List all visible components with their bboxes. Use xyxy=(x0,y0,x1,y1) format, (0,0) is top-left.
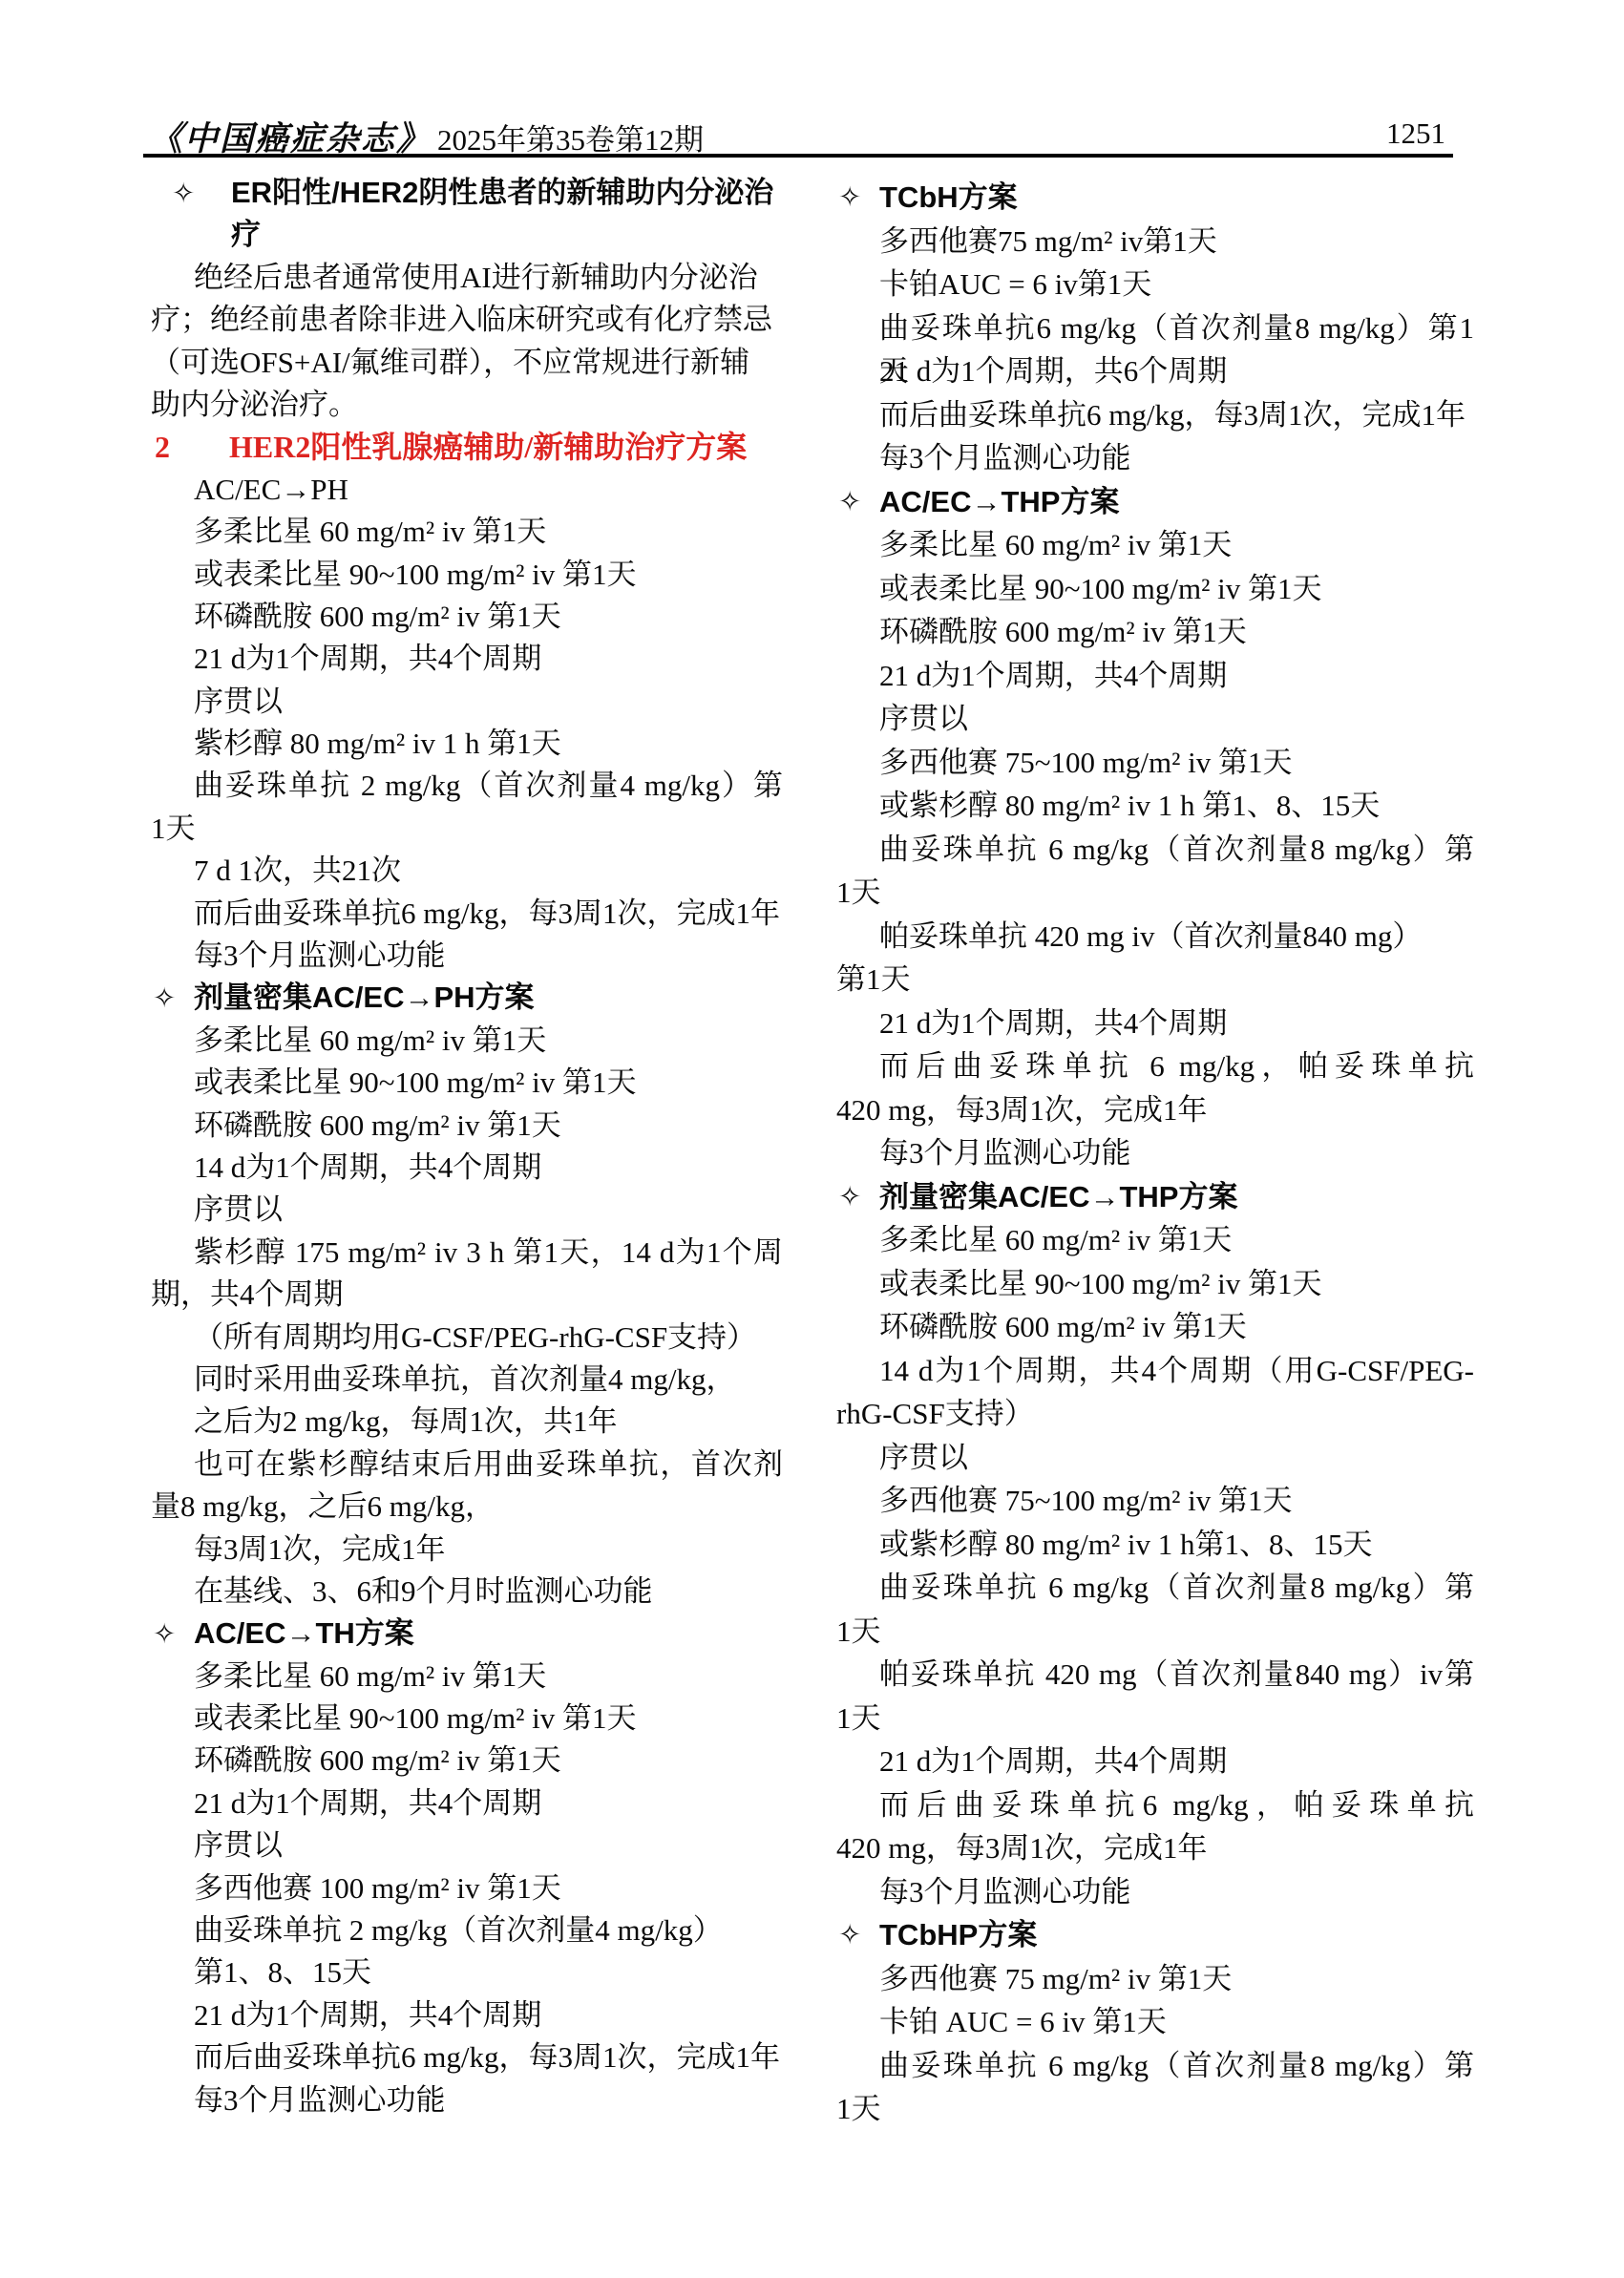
protocol-line: 序贯以 xyxy=(151,1189,783,1231)
protocol-line: 在基线、3、6和9个月时监测心功能 xyxy=(151,1571,783,1613)
line-text: 或表柔比星 90~100 mg/m² iv 第1天 xyxy=(879,1267,1322,1300)
line-text: ER阳性/HER2阴性患者的新辅助内分泌治 xyxy=(231,176,773,209)
scheme-heading: ✧TCbHP方案 xyxy=(836,1913,1474,1957)
line-text: 曲妥珠单抗 6 mg/kg（首次剂量8 mg/kg）第 xyxy=(879,2049,1474,2082)
section-number: 2 xyxy=(151,426,229,468)
protocol-line: 420 mg，每3周1次，完成1年 xyxy=(836,1088,1474,1132)
line-text: 21 d为1个周期，共4个周期 xyxy=(194,642,541,675)
protocol-line: 也可在紫杉醇结束后用曲妥珠单抗，首次剂 xyxy=(151,1444,783,1486)
protocol-line: 或表柔比星 90~100 mg/m² iv 第1天 xyxy=(151,554,783,596)
protocol-line: 序贯以 xyxy=(151,1825,783,1867)
line-text: 420 mg，每3周1次，完成1年 xyxy=(836,1831,1207,1865)
protocol-line: 或紫杉醇 80 mg/m² iv 1 h 第1、8、15天 xyxy=(836,784,1474,828)
line-text: 多柔比星 60 mg/m² iv 第1天 xyxy=(879,1223,1232,1256)
protocol-line: 环磷酰胺 600 mg/m² iv 第1天 xyxy=(836,1305,1474,1349)
protocol-line: 环磷酰胺 600 mg/m² iv 第1天 xyxy=(151,1105,783,1147)
protocol-line: 而后曲妥珠单抗6 mg/kg，每3周1次，完成1年 xyxy=(836,393,1474,437)
line-text: 21 d为1个周期，共4个周期 xyxy=(194,1786,541,1820)
line-text: 序贯以 xyxy=(194,685,283,718)
protocol-line: 之后为2 mg/kg，每周1次，共1年 xyxy=(151,1401,783,1443)
line-text: 第1、8、15天 xyxy=(194,1955,371,1989)
line-text: 之后为2 mg/kg，每周1次，共1年 xyxy=(194,1404,617,1438)
diamond-bullet-icon: ✧ xyxy=(838,1175,861,1219)
line-text: 420 mg，每3周1次，完成1年 xyxy=(836,1093,1207,1127)
scheme-heading-wrap: 疗 xyxy=(151,214,783,256)
line-text: 1天 xyxy=(836,2092,881,2125)
line-text: 序贯以 xyxy=(879,702,968,735)
line-text: 剂量密集AC/EC→THP方案 xyxy=(879,1180,1237,1213)
line-text: 21 d为1个周期，共4个周期 xyxy=(194,1998,541,2032)
line-text: 21 d为1个周期，共4个周期 xyxy=(879,1744,1227,1778)
line-text: 多西他赛 75~100 mg/m² iv 第1天 xyxy=(879,746,1293,779)
protocol-line: 曲妥珠单抗 6 mg/kg（首次剂量8 mg/kg）第 xyxy=(836,828,1474,872)
protocol-line: 每3个月监测心功能 xyxy=(151,935,783,977)
protocol-line: 环磷酰胺 600 mg/m² iv 第1天 xyxy=(836,610,1474,654)
protocol-line: 多柔比星 60 mg/m² iv 第1天 xyxy=(151,511,783,553)
protocol-line: 每3个月监测心功能 xyxy=(836,1870,1474,1914)
line-text: 卡铂AUC = 6 iv第1天 xyxy=(879,267,1151,301)
protocol-line: 每3周1次，完成1年 xyxy=(151,1529,783,1571)
line-text: 而后曲妥珠单抗6 mg/kg，每3周1次，完成1年 xyxy=(194,2040,780,2074)
protocol-line: 420 mg，每3周1次，完成1年 xyxy=(836,1826,1474,1870)
diamond-bullet-icon: ✧ xyxy=(153,1613,176,1655)
protocol-line: （所有周期均用G-CSF/PEG-rhG-CSF支持） xyxy=(151,1317,783,1359)
header-rule xyxy=(143,154,1453,158)
line-text: 或表柔比星 90~100 mg/m² iv 第1天 xyxy=(194,1701,637,1735)
line-text: 环磷酰胺 600 mg/m² iv 第1天 xyxy=(194,1743,561,1777)
line-text: 而后曲妥珠单抗6 mg/kg，每3周1次，完成1年 xyxy=(194,896,780,930)
line-text: 多柔比星 60 mg/m² iv 第1天 xyxy=(194,1659,546,1693)
line-text: 多西他赛 100 mg/m² iv 第1天 xyxy=(194,1871,561,1905)
line-text: 多西他赛 75 mg/m² iv 第1天 xyxy=(879,1962,1232,1995)
line-text: （可选OFS+AI/氟维司群），不应常规进行新辅 xyxy=(151,346,749,379)
protocol-line: 每3个月监测心功能 xyxy=(836,1131,1474,1175)
line-text: 21 d为1个周期，共6个周期 xyxy=(879,354,1227,388)
line-text: 曲妥珠单抗 6 mg/kg（首次剂量8 mg/kg）第 xyxy=(879,1571,1474,1604)
protocol-line: 1天 xyxy=(836,1697,1474,1740)
diamond-bullet-icon: ✧ xyxy=(172,172,195,214)
line-text: 或表柔比星 90~100 mg/m² iv 第1天 xyxy=(194,1065,637,1099)
line-text: 同时采用曲妥珠单抗，首次剂量4 mg/kg， xyxy=(194,1362,735,1396)
protocol-line: 曲妥珠单抗6 mg/kg（首次剂量8 mg/kg）第1天 xyxy=(836,306,1474,350)
line-text: 多柔比星 60 mg/m² iv 第1天 xyxy=(194,1023,546,1057)
protocol-line: 环磷酰胺 600 mg/m² iv 第1天 xyxy=(151,1740,783,1782)
line-text: 或紫杉醇 80 mg/m² iv 1 h第1、8、15天 xyxy=(879,1528,1373,1561)
protocol-line: 序贯以 xyxy=(836,697,1474,741)
protocol-line: 曲妥珠单抗 6 mg/kg（首次剂量8 mg/kg）第 xyxy=(836,1566,1474,1610)
line-text: 7 d 1次，共21次 xyxy=(194,854,401,887)
line-text: TCbHP方案 xyxy=(879,1918,1037,1951)
protocol-line: 多柔比星 60 mg/m² iv 第1天 xyxy=(836,523,1474,567)
line-text: 紫杉醇 175 mg/m² iv 3 h 第1天，14 d为1个周 xyxy=(194,1235,783,1269)
line-text: 环磷酰胺 600 mg/m² iv 第1天 xyxy=(194,1108,561,1142)
protocol-line: rhG-CSF支持） xyxy=(836,1392,1474,1436)
line-text: 1天 xyxy=(836,1701,881,1735)
line-text: rhG-CSF支持） xyxy=(836,1397,1034,1430)
line-text: 也可在紫杉醇结束后用曲妥珠单抗，首次剂 xyxy=(194,1447,783,1481)
right-column: ✧TCbH方案多西他赛75 mg/m² iv第1天卡铂AUC = 6 iv第1天… xyxy=(836,176,1474,2131)
diamond-bullet-icon: ✧ xyxy=(838,1913,861,1957)
protocol-line: 而后曲妥珠单抗6 mg/kg，每3周1次，完成1年 xyxy=(151,2036,783,2078)
protocol-line: 或表柔比星 90~100 mg/m² iv 第1天 xyxy=(836,1262,1474,1306)
line-text: HER2阳性乳腺癌辅助/新辅助治疗方案 xyxy=(229,430,747,464)
line-text: 或表柔比星 90~100 mg/m² iv 第1天 xyxy=(194,558,637,591)
protocol-line: 多西他赛75 mg/m² iv第1天 xyxy=(836,220,1474,264)
protocol-line: 或表柔比星 90~100 mg/m² iv 第1天 xyxy=(836,567,1474,611)
page-number: 1251 xyxy=(1386,116,1445,151)
line-text: 序贯以 xyxy=(194,1828,283,1862)
line-text: 或紫杉醇 80 mg/m² iv 1 h 第1、8、15天 xyxy=(879,789,1380,822)
protocol-line: 曲妥珠单抗 2 mg/kg（首次剂量4 mg/kg）第 xyxy=(151,765,783,807)
scheme-heading: ✧AC/EC→THP方案 xyxy=(836,480,1474,524)
line-text: 环磷酰胺 600 mg/m² iv 第1天 xyxy=(879,615,1247,648)
line-text: 帕妥珠单抗 420 mg iv（首次剂量840 mg） xyxy=(879,919,1422,953)
line-text: 期，共4个周期 xyxy=(151,1277,344,1311)
line-text: AC/EC→TH方案 xyxy=(194,1616,414,1650)
protocol-line: 曲妥珠单抗 6 mg/kg（首次剂量8 mg/kg）第 xyxy=(836,2044,1474,2088)
scheme-heading: ✧TCbH方案 xyxy=(836,176,1474,220)
line-text: 每3个月监测心功能 xyxy=(879,1875,1131,1909)
scheme-heading: ✧AC/EC→TH方案 xyxy=(151,1613,783,1655)
line-text: 而后曲妥珠单抗6 mg/kg，帕妥珠单抗 xyxy=(879,1788,1474,1822)
protocol-line: 1天 xyxy=(836,1610,1474,1654)
line-text: 助内分泌治疗。 xyxy=(151,388,358,421)
protocol-line: 21 d为1个周期，共6个周期 xyxy=(836,349,1474,393)
protocol-line: 1天 xyxy=(151,808,783,850)
journal-title: 《中国癌症杂志》 xyxy=(149,120,432,158)
protocol-line: 第1、8、15天 xyxy=(151,1951,783,1993)
protocol-line: 14 d为1个周期，共4个周期 xyxy=(151,1147,783,1189)
issue-info: 2025年第35卷第12期 xyxy=(437,123,704,157)
scheme-heading: ✧ER阳性/HER2阴性患者的新辅助内分泌治 xyxy=(151,172,783,214)
line-text: 序贯以 xyxy=(879,1441,968,1474)
protocol-line: 期，共4个周期 xyxy=(151,1274,783,1316)
protocol-line: 多柔比星 60 mg/m² iv 第1天 xyxy=(836,1218,1474,1262)
line-text: 多柔比星 60 mg/m² iv 第1天 xyxy=(879,528,1232,561)
protocol-line: 每3个月监测心功能 xyxy=(151,2079,783,2121)
protocol-line: 7 d 1次，共21次 xyxy=(151,850,783,892)
protocol-line: 或表柔比星 90~100 mg/m² iv 第1天 xyxy=(151,1062,783,1104)
line-text: 而后曲妥珠单抗6 mg/kg，每3周1次，完成1年 xyxy=(879,398,1466,432)
protocol-line: 卡铂AUC = 6 iv第1天 xyxy=(836,263,1474,306)
section-heading: 2HER2阳性乳腺癌辅助/新辅助治疗方案 xyxy=(151,426,783,468)
line-text: 紫杉醇 80 mg/m² iv 1 h 第1天 xyxy=(194,727,561,760)
protocol-line: 卡铂 AUC = 6 iv 第1天 xyxy=(836,2000,1474,2044)
protocol-line: 21 d为1个周期，共4个周期 xyxy=(151,1994,783,2036)
left-column: ✧ER阳性/HER2阴性患者的新辅助内分泌治疗绝经后患者通常使用AI进行新辅助内… xyxy=(151,172,783,2121)
protocol-line: 序贯以 xyxy=(836,1436,1474,1480)
journal-page: 《中国癌症杂志》2025年第35卷第12期 1251 ✧ER阳性/HER2阴性患… xyxy=(0,0,1624,2278)
protocol-line: 多柔比星 60 mg/m² iv 第1天 xyxy=(151,1020,783,1062)
line-text: 每3个月监测心功能 xyxy=(879,1136,1131,1170)
protocol-line: 21 d为1个周期，共4个周期 xyxy=(151,1782,783,1825)
protocol-line: 多柔比星 60 mg/m² iv 第1天 xyxy=(151,1656,783,1698)
protocol-line: 环磷酰胺 600 mg/m² iv 第1天 xyxy=(151,596,783,638)
line-text: 21 d为1个周期，共4个周期 xyxy=(879,1006,1227,1040)
protocol-line: 或紫杉醇 80 mg/m² iv 1 h第1、8、15天 xyxy=(836,1523,1474,1567)
line-text: AC/EC→THP方案 xyxy=(879,485,1119,518)
line-text: 每3个月监测心功能 xyxy=(194,2083,446,2117)
line-text: 曲妥珠单抗 2 mg/kg（首次剂量4 mg/kg） xyxy=(194,1913,723,1947)
protocol-line: 紫杉醇 175 mg/m² iv 3 h 第1天，14 d为1个周 xyxy=(151,1232,783,1274)
protocol-line: 序贯以 xyxy=(151,681,783,723)
protocol-line: 疗；绝经前患者除非进入临床研究或有化疗禁忌 xyxy=(151,299,783,341)
line-text: 1天 xyxy=(836,1614,881,1648)
line-text: 多柔比星 60 mg/m² iv 第1天 xyxy=(194,515,546,548)
protocol-line: 21 d为1个周期，共4个周期 xyxy=(836,1002,1474,1045)
protocol-line: 而后曲妥珠单抗6 mg/kg，帕妥珠单抗 xyxy=(836,1783,1474,1827)
line-text: 曲妥珠单抗 6 mg/kg（首次剂量8 mg/kg）第 xyxy=(879,833,1474,866)
protocol-line: 帕妥珠单抗 420 mg（首次剂量840 mg）iv第 xyxy=(836,1653,1474,1697)
line-text: 14 d为1个周期，共4个周期 xyxy=(194,1150,541,1184)
line-text: 卡铂 AUC = 6 iv 第1天 xyxy=(879,2005,1167,2038)
protocol-line: 帕妥珠单抗 420 mg iv（首次剂量840 mg） xyxy=(836,915,1474,959)
line-text: TCbH方案 xyxy=(879,180,1018,214)
line-text: 1天 xyxy=(836,875,881,909)
line-text: 21 d为1个周期，共4个周期 xyxy=(879,659,1227,692)
line-text: AC/EC→PH xyxy=(194,473,348,506)
line-text: 绝经后患者通常使用AI进行新辅助内分泌治 xyxy=(194,261,758,294)
protocol-line: 1天 xyxy=(836,2087,1474,2131)
line-text: 多西他赛 75~100 mg/m² iv 第1天 xyxy=(879,1484,1293,1517)
protocol-line: 21 d为1个周期，共4个周期 xyxy=(836,654,1474,698)
protocol-line: 第1天 xyxy=(836,958,1474,1002)
line-text: 每3周1次，完成1年 xyxy=(194,1532,446,1566)
protocol-line: 21 d为1个周期，共4个周期 xyxy=(151,638,783,680)
line-text: 多西他赛75 mg/m² iv第1天 xyxy=(879,224,1217,258)
line-text: 在基线、3、6和9个月时监测心功能 xyxy=(194,1574,653,1608)
line-text: 第1天 xyxy=(836,962,911,996)
protocol-line: 紫杉醇 80 mg/m² iv 1 h 第1天 xyxy=(151,723,783,765)
line-text: 量8 mg/kg，之后6 mg/kg， xyxy=(151,1489,495,1523)
protocol-line: 多西他赛 75~100 mg/m² iv 第1天 xyxy=(836,741,1474,785)
protocol-line: （可选OFS+AI/氟维司群），不应常规进行新辅 xyxy=(151,342,783,384)
line-text: 而后曲妥珠单抗 6 mg/kg，帕妥珠单抗 xyxy=(879,1049,1474,1083)
protocol-line: 同时采用曲妥珠单抗，首次剂量4 mg/kg， xyxy=(151,1359,783,1401)
line-text: 每3个月监测心功能 xyxy=(879,441,1131,475)
line-text: 剂量密集AC/EC→PH方案 xyxy=(194,981,535,1014)
scheme-heading: ✧剂量密集AC/EC→THP方案 xyxy=(836,1175,1474,1219)
protocol-line: 多西他赛 75 mg/m² iv 第1天 xyxy=(836,1957,1474,2001)
protocol-line: AC/EC→PH xyxy=(151,469,783,511)
protocol-line: 每3个月监测心功能 xyxy=(836,436,1474,480)
diamond-bullet-icon: ✧ xyxy=(838,480,861,524)
line-text: 环磷酰胺 600 mg/m² iv 第1天 xyxy=(194,600,561,633)
line-text: 帕妥珠单抗 420 mg（首次剂量840 mg）iv第 xyxy=(879,1657,1474,1691)
line-text: 或表柔比星 90~100 mg/m² iv 第1天 xyxy=(879,572,1322,605)
protocol-line: 或表柔比星 90~100 mg/m² iv 第1天 xyxy=(151,1698,783,1740)
line-text: 1天 xyxy=(151,812,196,845)
protocol-line: 而后曲妥珠单抗6 mg/kg，每3周1次，完成1年 xyxy=(151,893,783,935)
scheme-heading: ✧剂量密集AC/EC→PH方案 xyxy=(151,977,783,1019)
protocol-line: 助内分泌治疗。 xyxy=(151,384,783,426)
protocol-line: 多西他赛 75~100 mg/m² iv 第1天 xyxy=(836,1479,1474,1523)
protocol-line: 1天 xyxy=(836,871,1474,915)
line-text: （所有周期均用G-CSF/PEG-rhG-CSF支持） xyxy=(194,1320,756,1354)
line-text: 曲妥珠单抗 2 mg/kg（首次剂量4 mg/kg）第 xyxy=(194,769,783,802)
page-header: 《中国癌症杂志》2025年第35卷第12期 xyxy=(149,113,704,153)
line-text: 14 d为1个周期，共4个周期（用G-CSF/PEG- xyxy=(879,1354,1474,1387)
protocol-line: 14 d为1个周期，共4个周期（用G-CSF/PEG- xyxy=(836,1349,1474,1393)
protocol-line: 曲妥珠单抗 2 mg/kg（首次剂量4 mg/kg） xyxy=(151,1909,783,1951)
protocol-line: 多西他赛 100 mg/m² iv 第1天 xyxy=(151,1867,783,1909)
protocol-line: 绝经后患者通常使用AI进行新辅助内分泌治 xyxy=(151,257,783,299)
protocol-line: 量8 mg/kg，之后6 mg/kg， xyxy=(151,1486,783,1528)
line-text: 环磷酰胺 600 mg/m² iv 第1天 xyxy=(879,1310,1247,1343)
diamond-bullet-icon: ✧ xyxy=(838,176,861,220)
line-text: 疗 xyxy=(231,218,261,251)
line-text: 序贯以 xyxy=(194,1192,283,1226)
line-text: 每3个月监测心功能 xyxy=(194,939,446,972)
protocol-line: 21 d为1个周期，共4个周期 xyxy=(836,1740,1474,1783)
line-text: 疗；绝经前患者除非进入临床研究或有化疗禁忌 xyxy=(151,303,772,336)
diamond-bullet-icon: ✧ xyxy=(153,977,176,1019)
protocol-line: 而后曲妥珠单抗 6 mg/kg，帕妥珠单抗 xyxy=(836,1044,1474,1088)
